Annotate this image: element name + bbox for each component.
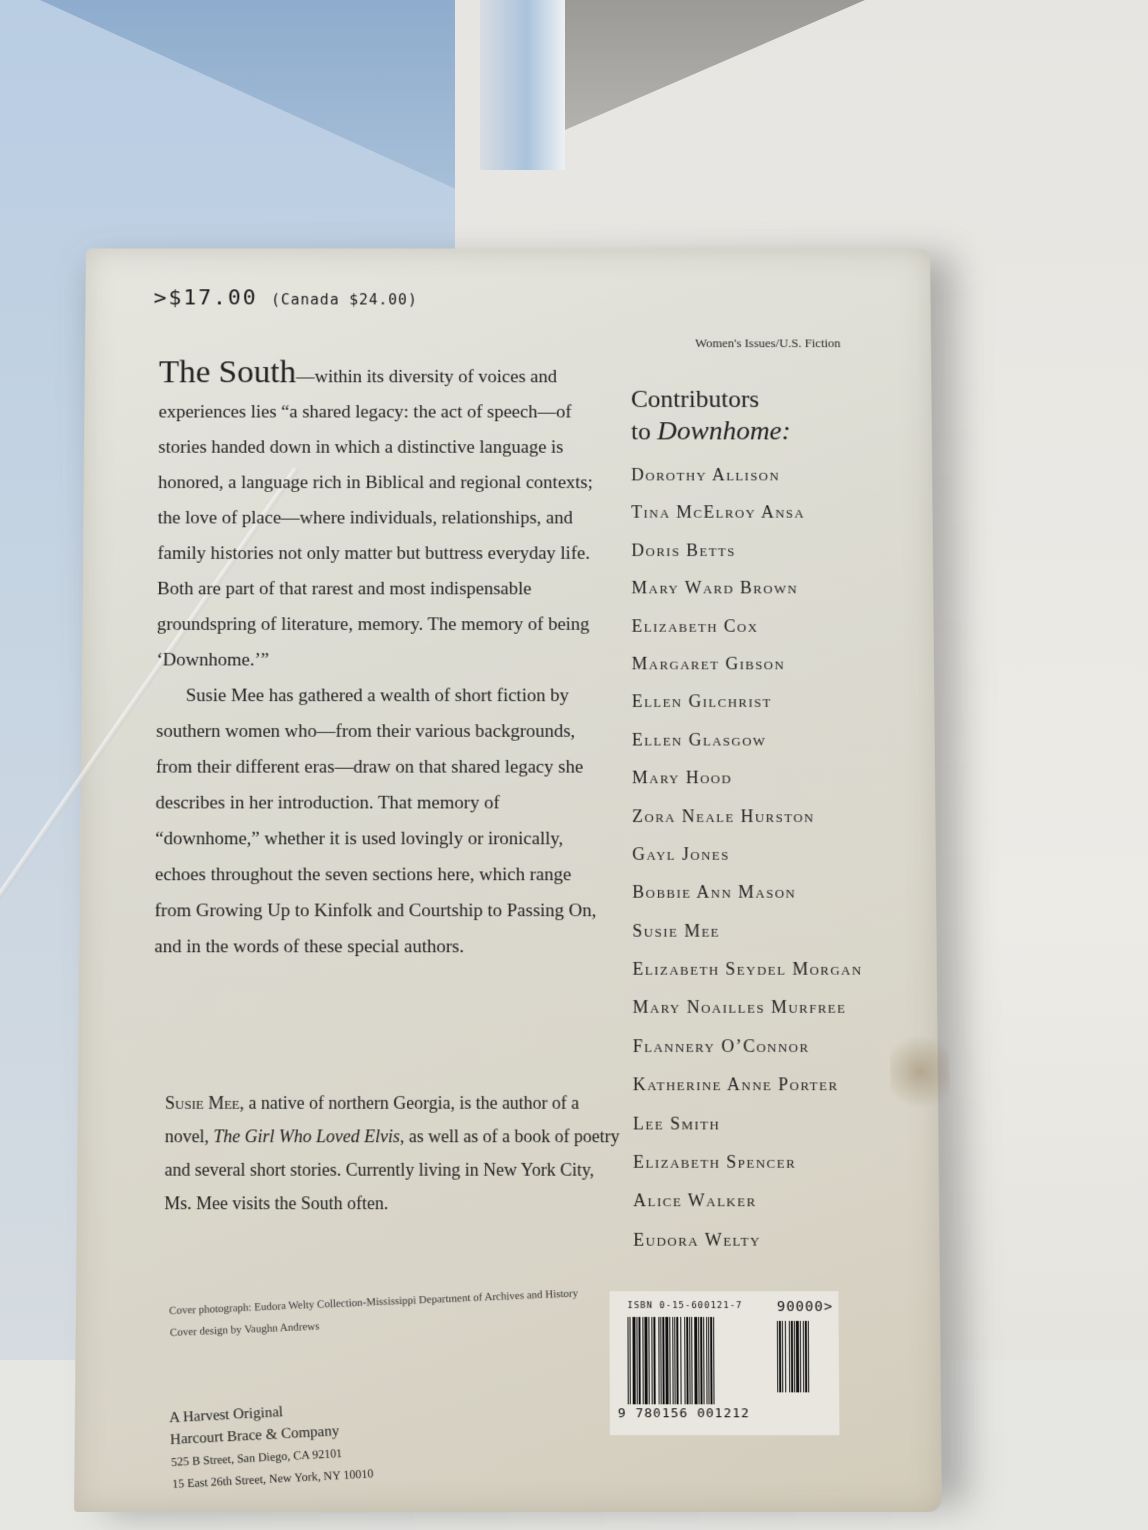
contributor-item: Tina McElroy Ansa <box>631 503 859 541</box>
cover-stain <box>890 1027 950 1115</box>
author-name: Susie Mee <box>165 1093 240 1113</box>
contributor-item: Alice Walker <box>633 1191 865 1230</box>
barcode-price-code: 90000> <box>777 1299 833 1315</box>
contributor-item: Lee Smith <box>633 1113 864 1152</box>
barcode-addon-bars <box>777 1321 810 1392</box>
ean-number: 9 780156 001212 <box>618 1406 750 1421</box>
contributor-item: Katherine Anne Porter <box>633 1075 864 1114</box>
contributor-item: Zora Neale Hurston <box>632 806 862 844</box>
blurb-lead: The South <box>159 355 296 390</box>
contributor-item: Bobbie Ann Mason <box>632 882 862 920</box>
barcode: ISBN 0-15-600121-7 90000> 9 780156 00121… <box>610 1291 840 1435</box>
publisher-info: A Harvest Original Harcourt Brace & Comp… <box>169 1390 512 1495</box>
blurb: The South—within its diversity of voices… <box>154 355 609 965</box>
isbn-label: ISBN 0-15-600121-7 <box>627 1301 742 1311</box>
contributor-item: Elizabeth Cox <box>632 616 861 654</box>
contributor-item: Elizabeth Spencer <box>633 1152 864 1191</box>
barcode-bars <box>627 1317 714 1404</box>
contributors-list: Dorothy AllisonTina McElroy AnsaDoris Be… <box>631 465 865 1269</box>
contributor-item: Eudora Welty <box>633 1230 865 1269</box>
contributor-item: Mary Hood <box>632 768 861 806</box>
background-post <box>480 0 565 170</box>
contributor-item: Susie Mee <box>632 921 862 959</box>
blurb-paragraph-2: Susie Mee has gathered a wealth of short… <box>154 678 609 965</box>
category-label: Women's Issues/U.S. Fiction <box>695 336 841 351</box>
price-us: >$17.00 <box>154 286 258 310</box>
contributor-item: Gayl Jones <box>632 844 862 882</box>
blurb-paragraph-1: The South—within its diversity of voices… <box>157 355 609 678</box>
novel-title: The Girl Who Loved Elvis <box>213 1127 400 1147</box>
cover-credits: Cover photograph: Eudora Welty Collectio… <box>169 1284 588 1342</box>
book-back-cover: >$17.00(Canada $24.00) Women's Issues/U.… <box>74 249 942 1512</box>
contributor-item: Flannery O’Connor <box>633 1036 864 1075</box>
price-label: >$17.00(Canada $24.00) <box>154 286 418 310</box>
contributor-item: Doris Betts <box>631 540 859 578</box>
contributor-item: Elizabeth Seydel Morgan <box>632 959 862 997</box>
author-bio: Susie Mee, a native of northern Georgia,… <box>164 1086 621 1220</box>
contributor-item: Mary Ward Brown <box>631 578 859 616</box>
contributor-item: Ellen Glasgow <box>632 730 861 768</box>
contributor-item: Mary Noailles Murfree <box>633 998 864 1037</box>
price-canada: (Canada $24.00) <box>271 291 418 308</box>
contributor-item: Dorothy Allison <box>631 465 859 503</box>
contributor-item: Ellen Gilchrist <box>632 692 861 730</box>
contributor-item: Margaret Gibson <box>632 654 861 692</box>
contributors-heading: Contributors to Downhome: <box>631 383 791 448</box>
